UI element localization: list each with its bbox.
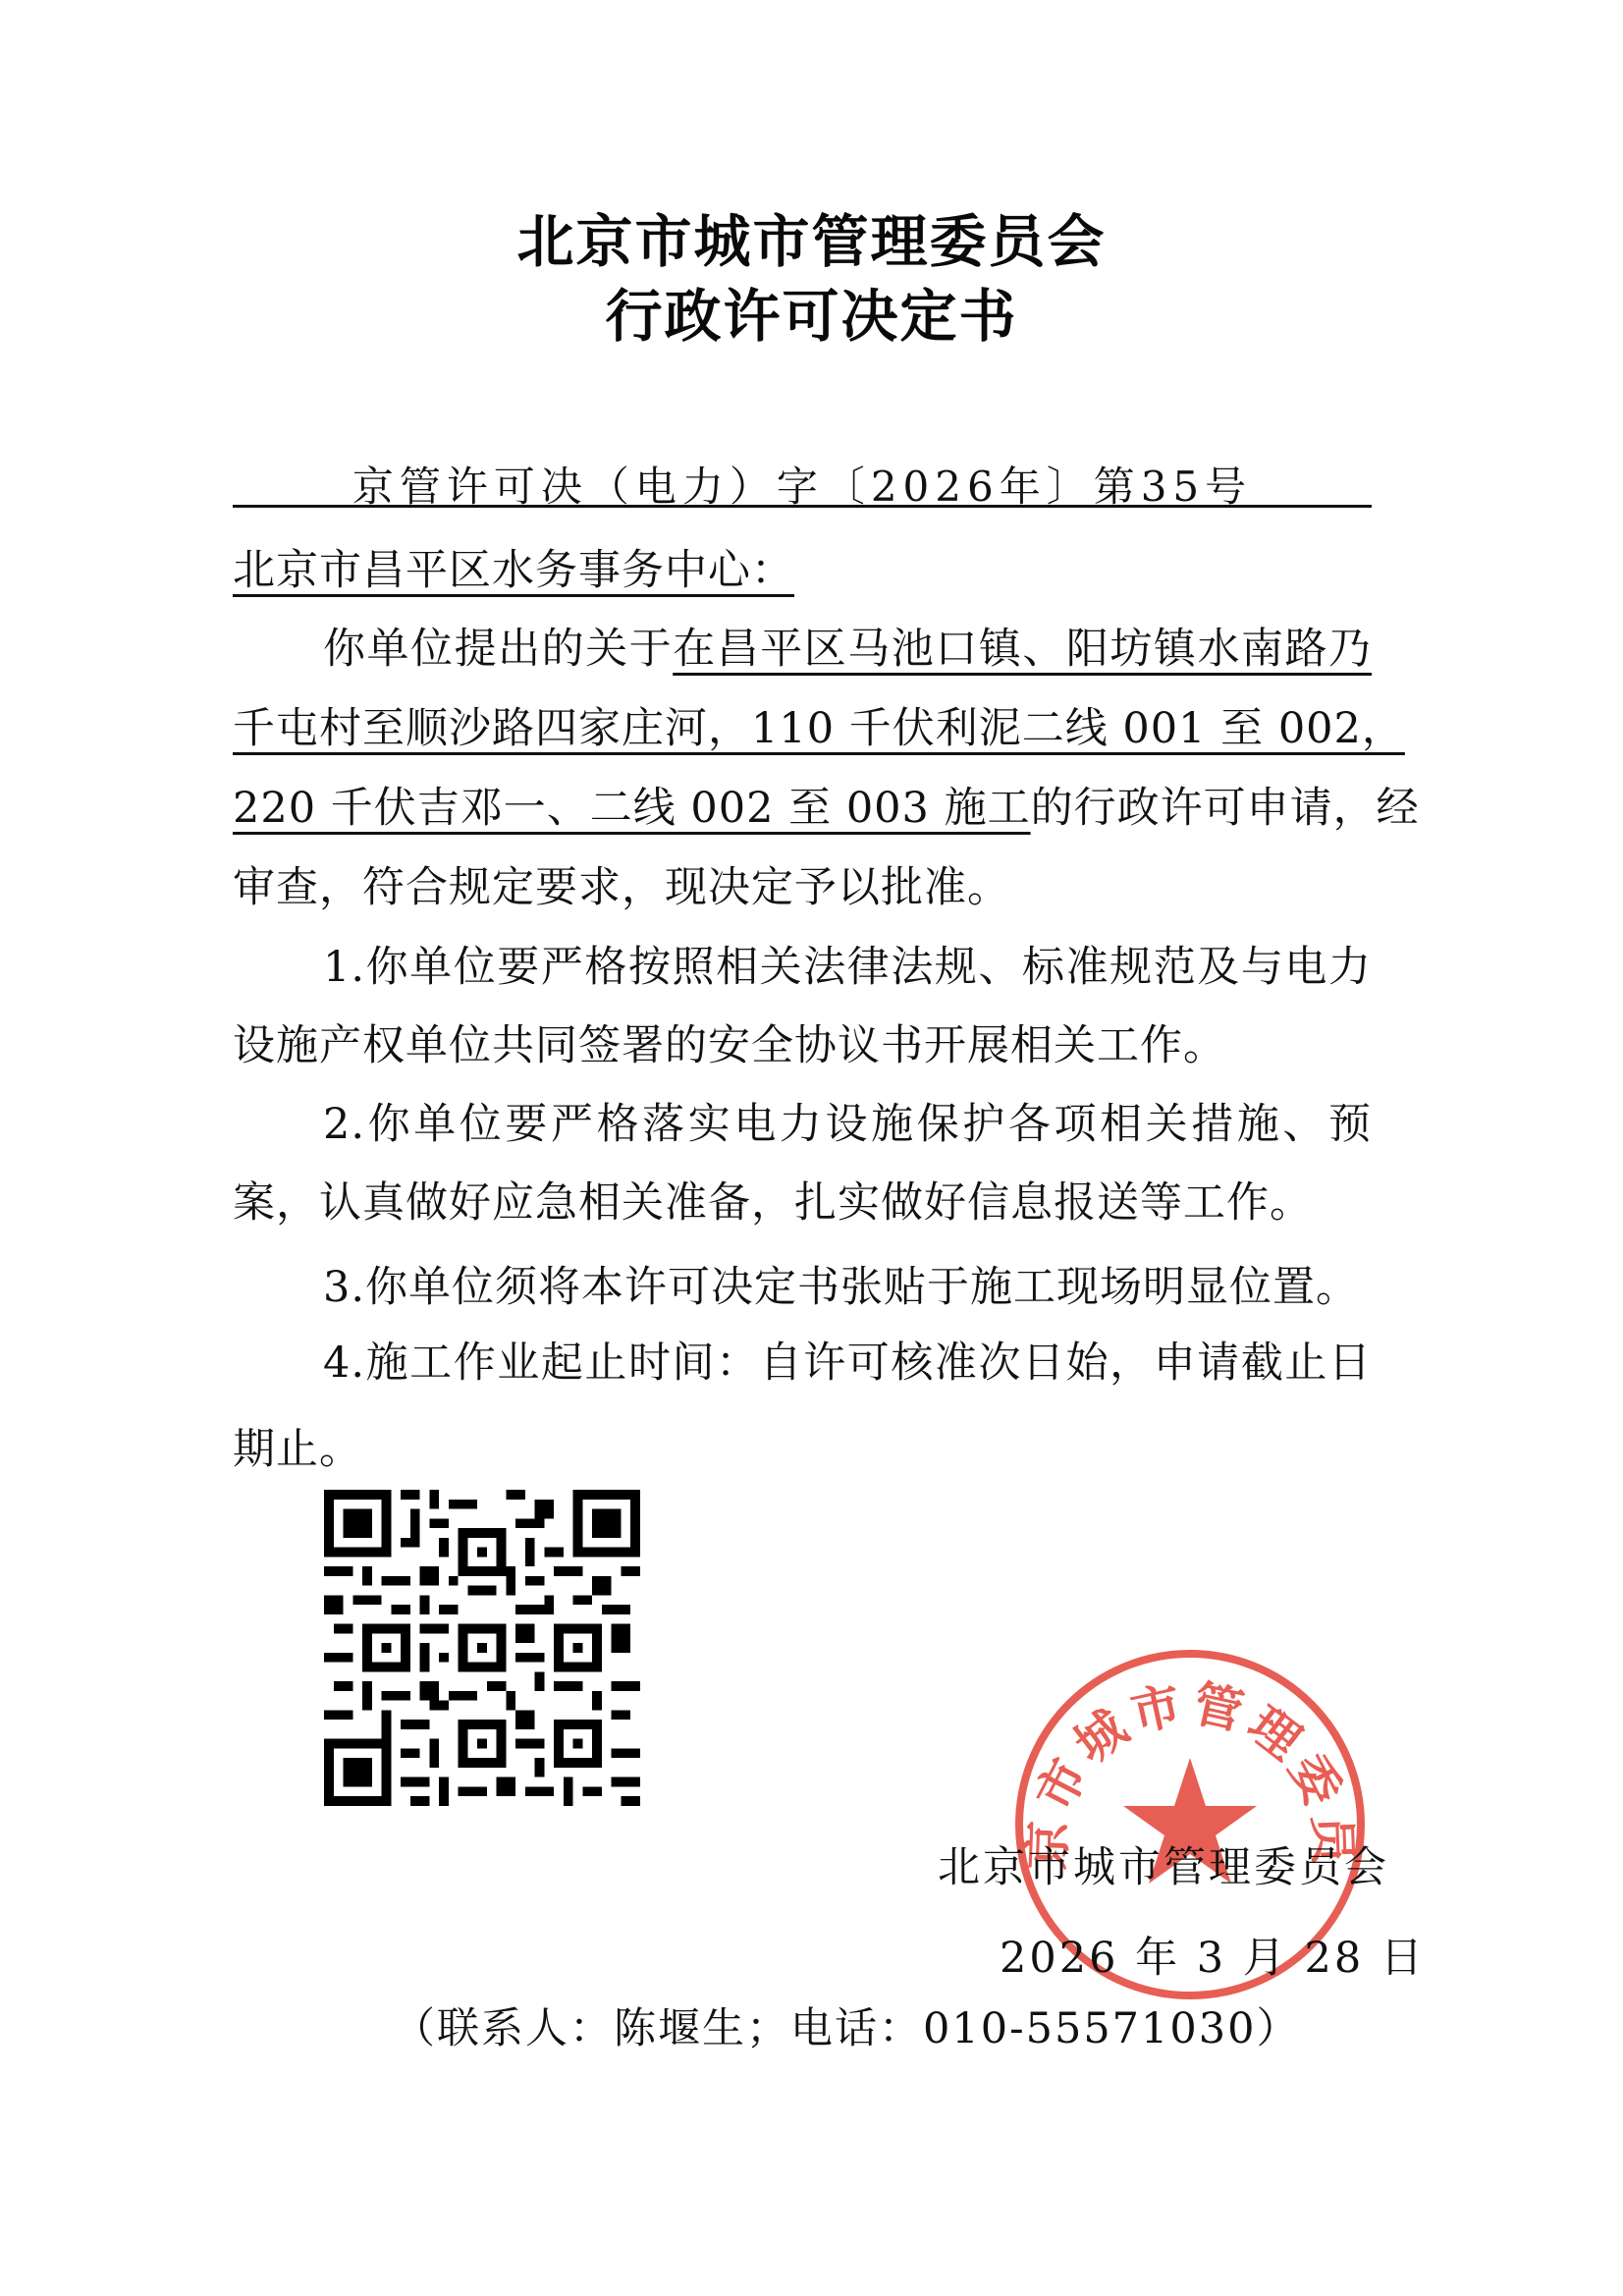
project-description: 在昌平区马池口镇、阳坊镇水南路乃 (673, 625, 1372, 674)
issuer-name: 北京市城市管理委员会 (938, 1840, 1389, 1895)
contact-info: （联系人：陈堰生；电话：010-55571030） (393, 2001, 1300, 2056)
qr-code-icon (324, 1490, 640, 1806)
item-1-line-2: 设施产权单位共同签署的安全协议书开展相关工作。 (233, 1018, 1372, 1073)
issue-date: 2026 年 3 月 28 日 (1000, 1931, 1426, 1986)
item-2-line-2: 案，认真做好应急相关准备，扎实做好信息报送等工作。 (233, 1175, 1372, 1230)
body-text: 你单位提出的关于 (323, 625, 673, 674)
item-1-line-1: 1.你单位要严格按照相关法律法规、标准规范及与电力 (233, 940, 1372, 995)
project-description: 220 千伏吉邓一、二线 002 至 003 施工 (233, 784, 1031, 833)
body-line-1: 你单位提出的关于在昌平区马池口镇、阳坊镇水南路乃 (233, 622, 1372, 677)
document-title-line2: 行政许可决定书 (0, 285, 1623, 348)
document-title-line1: 北京市城市管理委员会 (0, 210, 1623, 273)
header-divider (233, 505, 1372, 508)
body-text: 审查，符合规定要求，现决定予以批准。 (233, 863, 1010, 912)
recipient-name: 北京市昌平区水务事务中心： (233, 546, 794, 595)
body-line-4: 审查，符合规定要求，现决定予以批准。 (233, 860, 1372, 915)
item-2-line-1: 2.你单位要严格落实电力设施保护各项相关措施、预 (233, 1097, 1372, 1152)
recipient: 北京市昌平区水务事务中心： (233, 543, 794, 598)
item-3-line-1: 3.你单位须将本许可决定书张贴于施工现场明显位置。 (233, 1260, 1372, 1315)
body-text: 的行政许可申请，经 (1031, 784, 1420, 833)
item-4-line-2: 期止。 (233, 1422, 1372, 1477)
project-description: 千屯村至顺沙路四家庄河，110 千伏利泥二线 001 至 002， (233, 704, 1405, 753)
item-4-line-1: 4.施工作业起止时间：自许可核准次日始，申请截止日 (233, 1336, 1372, 1391)
body-line-3: 220 千伏吉邓一、二线 002 至 003 施工的行政许可申请，经 (233, 781, 1372, 836)
body-line-2: 千屯村至顺沙路四家庄河，110 千伏利泥二线 001 至 002， (233, 701, 1372, 756)
